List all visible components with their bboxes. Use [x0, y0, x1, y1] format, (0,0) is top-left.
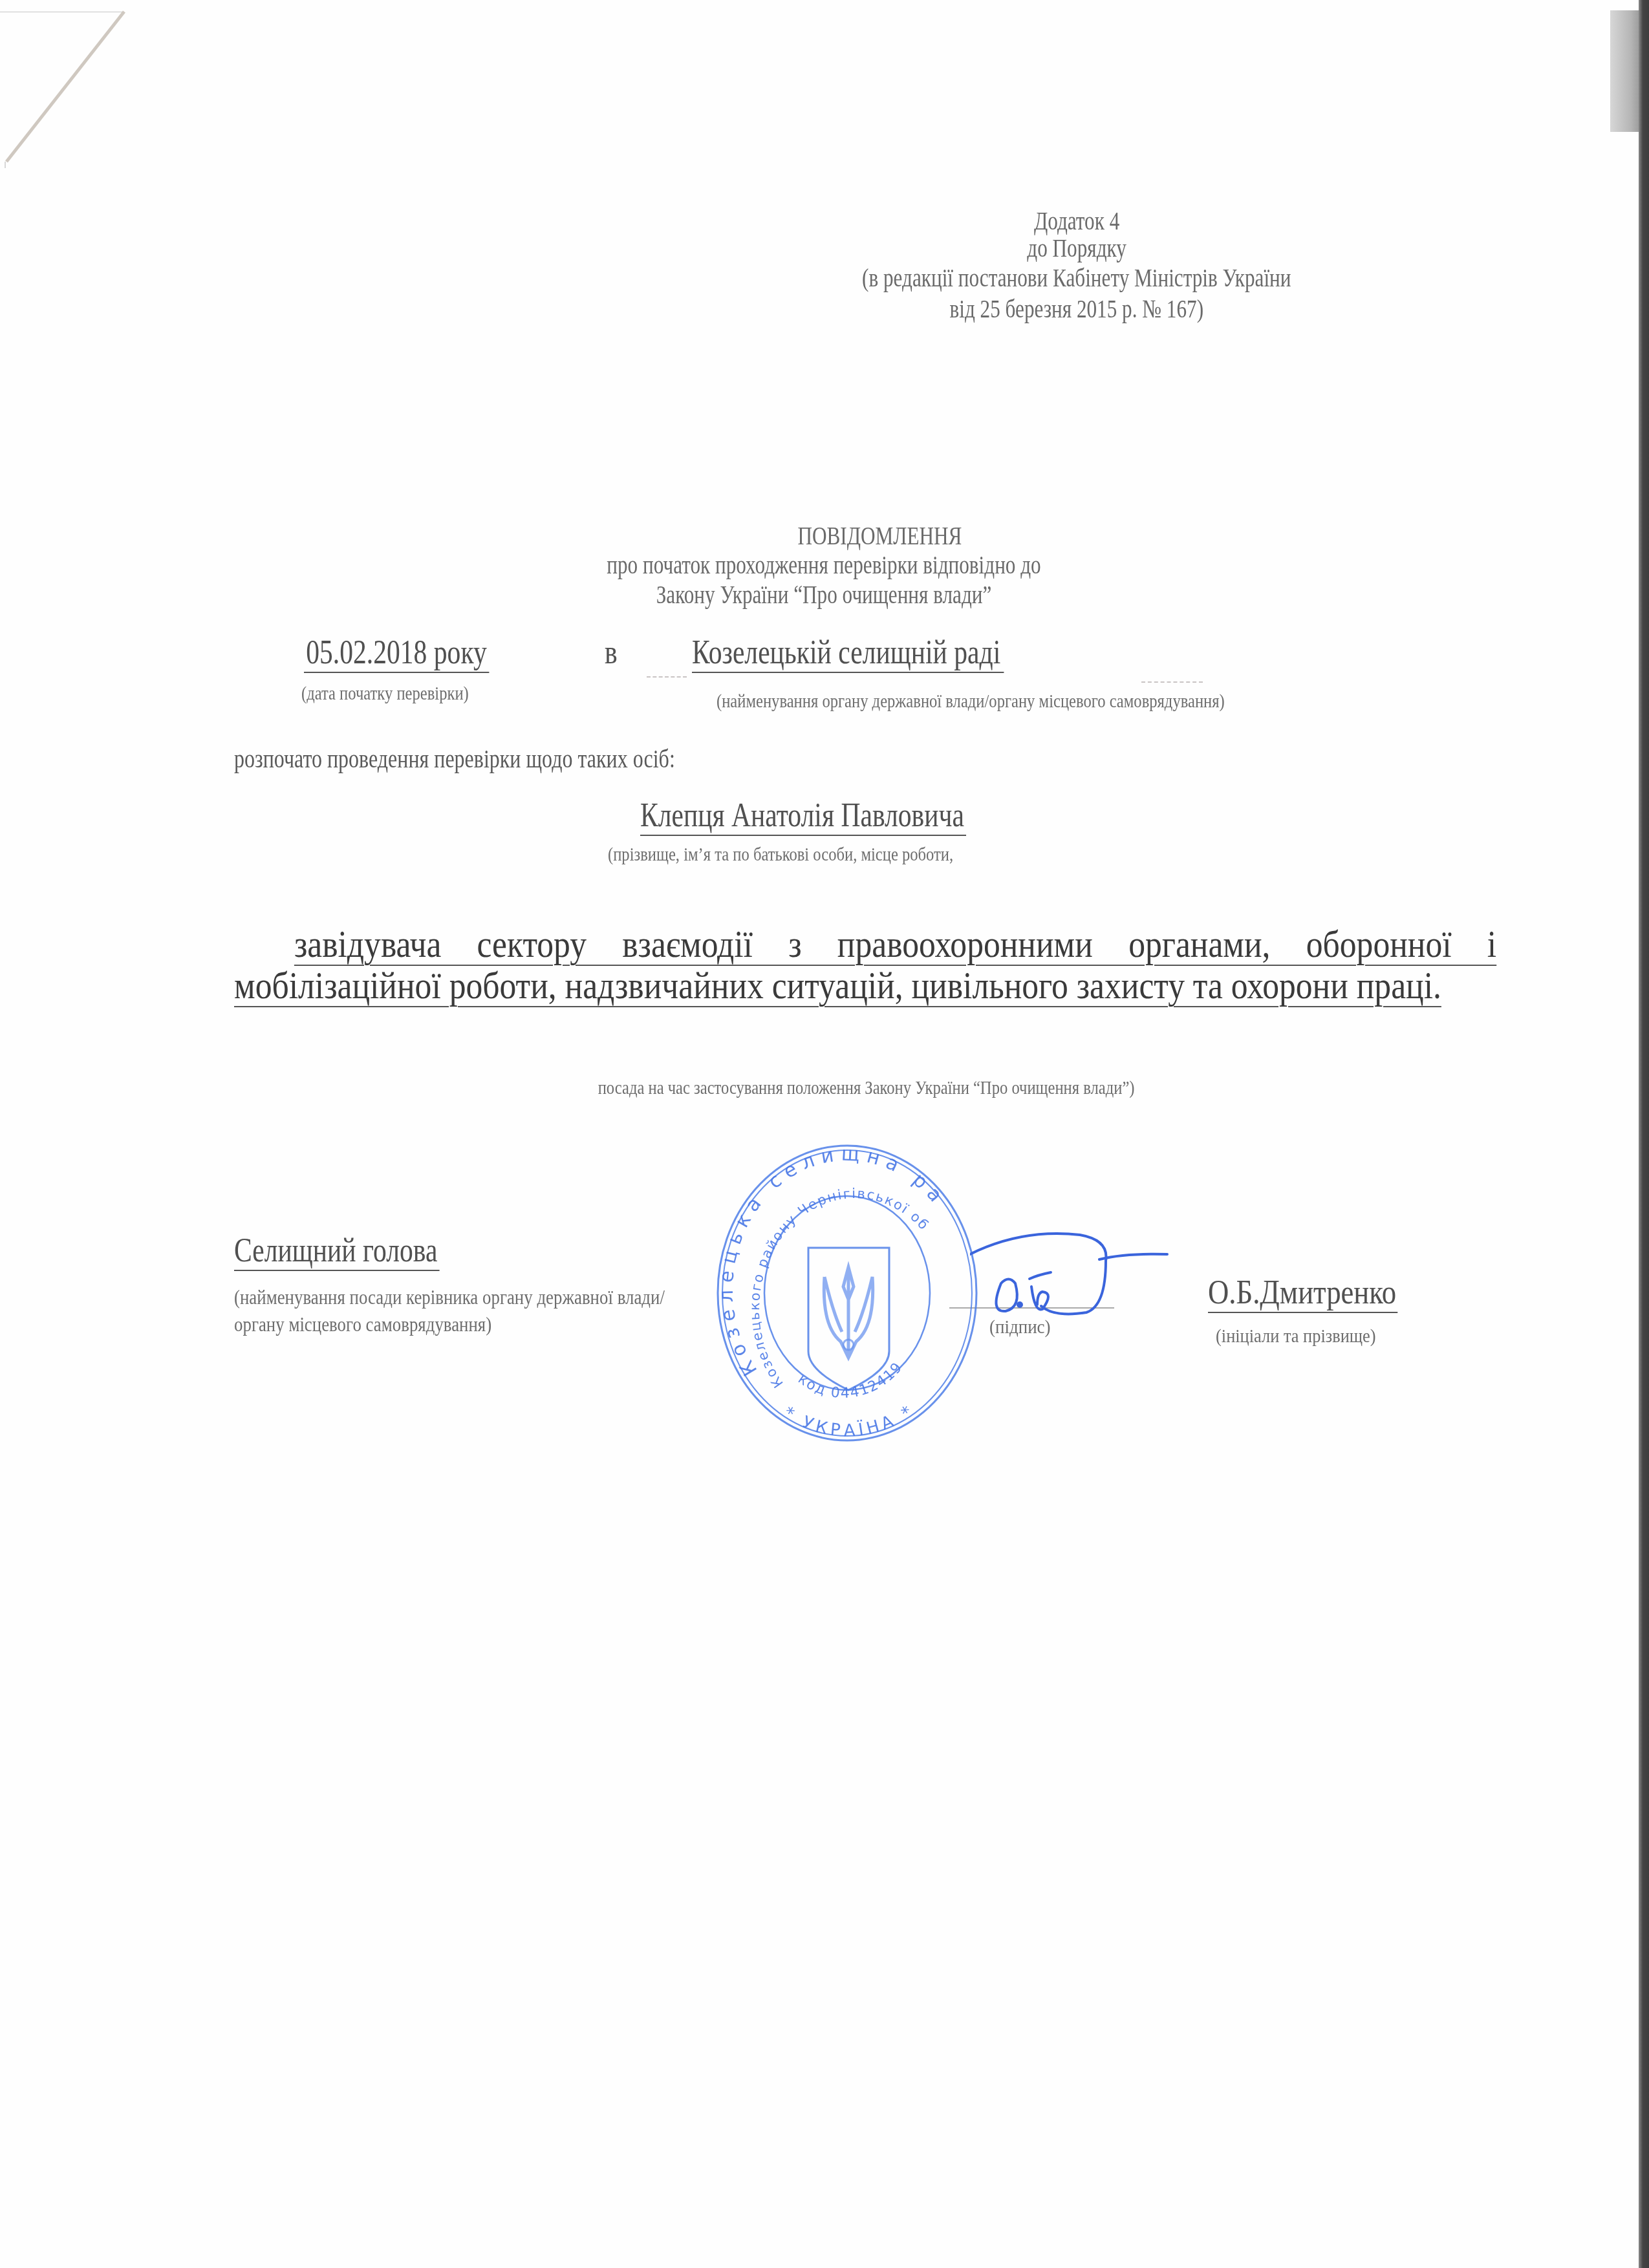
fill-line — [647, 676, 687, 678]
appendix-edition: (в редакції постанови Кабінету Міністрів… — [744, 262, 1410, 293]
check-start-date: 05.02.2018 року — [304, 634, 489, 673]
organ-caption: (найменування органу державної влади/орг… — [717, 690, 1225, 712]
head-title-caption-2: органу місцевого самоврядування) — [234, 1312, 491, 1336]
person-name-caption: (прізвище, ім’я та по батькові особи, мі… — [608, 844, 953, 866]
person-name: Клепця Анатолія Павловича — [640, 797, 966, 836]
scan-edge-right — [1639, 0, 1649, 2268]
svg-text:код 04412419: код 04412419 — [795, 1359, 906, 1402]
position-paragraph: завідувача сектору взаємодії з правоохор… — [234, 923, 1496, 1006]
signer-name-caption: (ініціали та прізвище) — [1216, 1325, 1376, 1347]
head-title-caption-1: (найменування посади керівника органу де… — [234, 1285, 665, 1309]
document-page: Додаток 4 до Порядку (в редакції постано… — [0, 0, 1649, 2268]
date-caption: (дата початку перевірки) — [301, 683, 469, 705]
svg-text:* УКРАЇНА *: * УКРАЇНА * — [780, 1400, 919, 1441]
position-text: завідувача сектору взаємодії з правоохор… — [234, 923, 1496, 1007]
document-subtitle-2: Закону України “Про очищення влади” — [420, 579, 1227, 610]
official-stamp: Козелецька селищна рада Козелецького рай… — [711, 1138, 983, 1448]
fill-line — [1141, 681, 1203, 683]
document-subtitle-1: про початок проходження перевірки відпов… — [420, 550, 1227, 580]
head-title: Селищний голова — [234, 1232, 440, 1271]
svg-text:Козелецька селищна рада: Козелецька селищна рада — [711, 1138, 951, 1380]
position-caption: посада на час застосування положення Зак… — [453, 1077, 1280, 1099]
scan-shadow-block — [1610, 10, 1640, 132]
handwritten-signature — [970, 1222, 1242, 1325]
document-title: ПОВІДОМЛЕННЯ — [537, 520, 1223, 551]
organ-name: Козелецькій селищній раді — [692, 634, 1004, 673]
check-intro: розпочато проведення перевірки щодо таки… — [234, 744, 675, 774]
appendix-to-order: до Порядку — [928, 233, 1225, 263]
scan-fold-line — [0, 0, 136, 168]
trident-emblem-icon — [808, 1248, 889, 1390]
appendix-resolution: від 25 березня 2015 р. № 167) — [744, 294, 1410, 324]
appendix-number: Додаток 4 — [928, 206, 1225, 236]
in-word: в — [605, 634, 618, 672]
